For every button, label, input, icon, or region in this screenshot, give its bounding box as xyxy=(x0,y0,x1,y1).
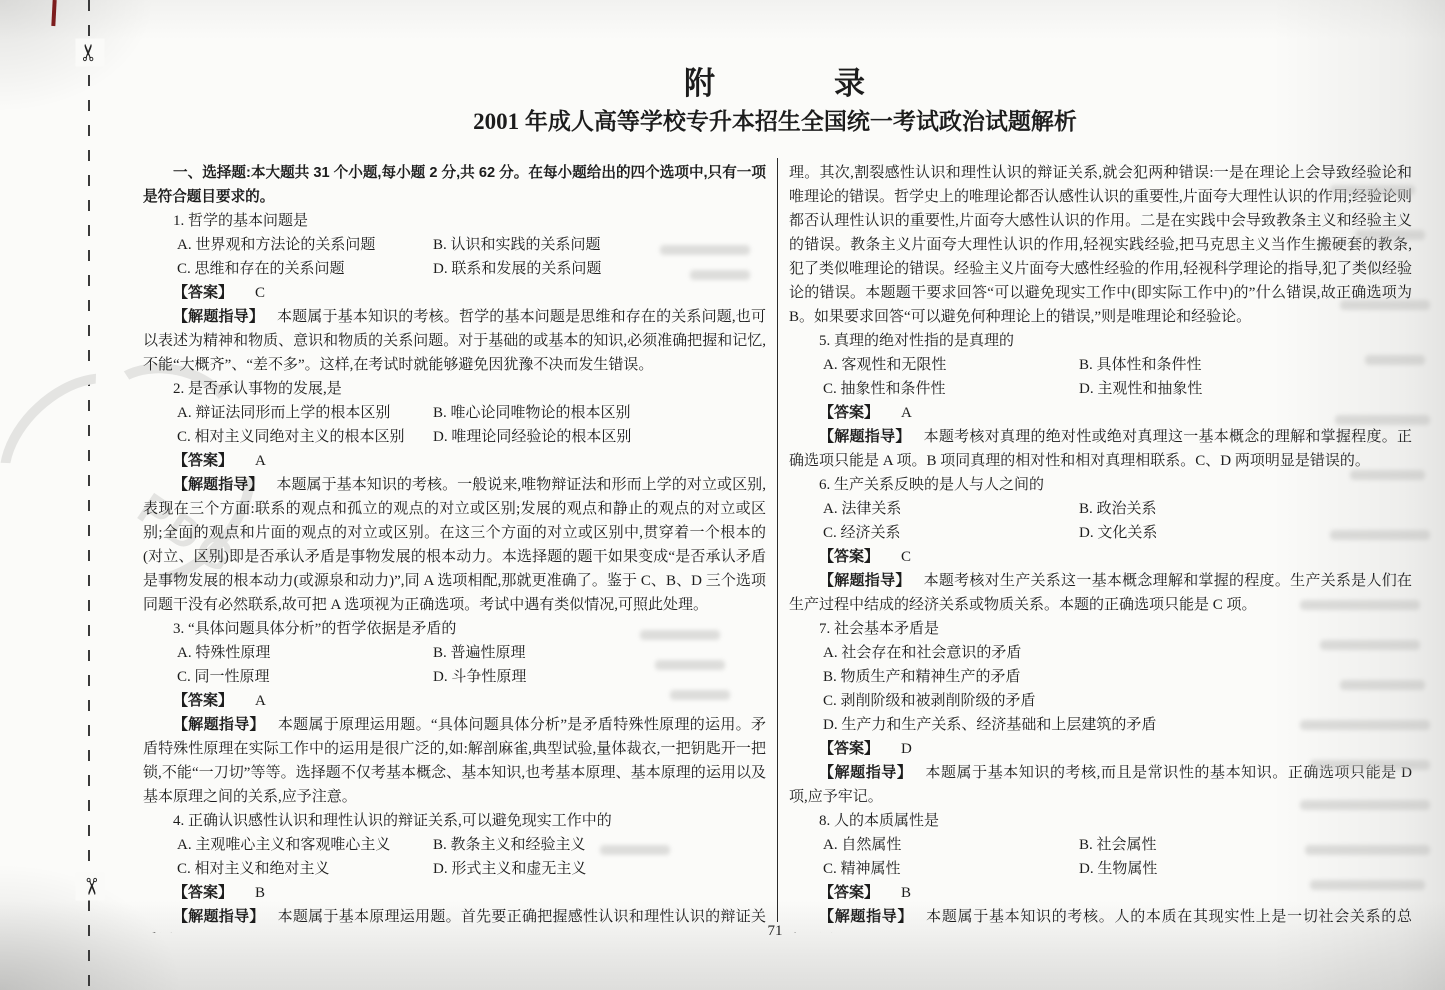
options-row: C. 相对主义和绝对主义D. 形式主义和虚无主义 xyxy=(143,857,766,881)
guide-text: 本题属于基本知识的考核。一般说来,唯物辩证法和形而上学的对立或区别,表现在三个方… xyxy=(143,477,766,613)
option: A. 自然属性 xyxy=(823,833,1079,857)
options-grid: A. 辩证法同形而上学的根本区别B. 唯心论同唯物论的根本区别C. 相对主义同绝… xyxy=(143,401,766,449)
answer-label: 【答案】 xyxy=(173,284,233,301)
bleed-smudge xyxy=(1300,720,1430,730)
explanation-paragraph: 【解题指导】本题属于基本知识的考核。哲学的基本问题是思维和存在的关系问题,也可以… xyxy=(143,305,766,377)
options-row: C. 思维和存在的关系问题D. 联系和发展的关系问题 xyxy=(143,257,766,281)
answer-label: 【答案】 xyxy=(173,692,233,709)
option: C. 精神属性 xyxy=(823,857,1079,881)
option: C. 思维和存在的关系问题 xyxy=(177,257,433,281)
option: C. 相对主义同绝对主义的根本区别 xyxy=(177,425,433,449)
answer-value: B xyxy=(901,885,911,901)
bleed-smudge xyxy=(1340,680,1425,690)
option: A. 辩证法同形而上学的根本区别 xyxy=(177,401,433,425)
bleed-smudge xyxy=(690,270,750,280)
option: A. 世界观和方法论的关系问题 xyxy=(177,233,433,257)
answer-value: A xyxy=(901,405,912,421)
bleed-smudge xyxy=(1340,300,1430,310)
options-row: A. 主观唯心主义和客观唯心主义B. 教条主义和经验主义 xyxy=(143,833,766,857)
option: B. 物质生产和精神生产的矛盾 xyxy=(789,665,1412,689)
option: C. 经济关系 xyxy=(823,521,1079,545)
option: A. 法律关系 xyxy=(823,497,1079,521)
answer-line: 【答案】A xyxy=(789,401,1412,425)
option: C. 同一性原理 xyxy=(177,665,433,689)
explanation-paragraph: 【解题指导】本题考核对真理的绝对性或绝对真理这一基本概念的理解和掌握程度。正确选… xyxy=(789,425,1412,473)
option: A. 社会存在和社会意识的矛盾 xyxy=(789,641,1412,665)
option: D. 形式主义和虚无主义 xyxy=(433,857,766,881)
appendix-title: 附录 xyxy=(140,58,1410,103)
option: A. 特殊性原理 xyxy=(177,641,433,665)
bleed-smudge xyxy=(670,690,730,700)
scissors-icon: ✂ xyxy=(76,39,105,67)
bleed-smudge xyxy=(1310,760,1430,770)
options-grid: A. 主观唯心主义和客观唯心主义B. 教条主义和经验主义C. 相对主义和绝对主义… xyxy=(143,833,766,881)
answer-label: 【答案】 xyxy=(819,740,879,757)
options-row: A. 法律关系B. 政治关系 xyxy=(789,497,1412,521)
exam-title: 2001 年成人高等学校专升本招生全国统一考试政治试题解析 xyxy=(140,103,1410,136)
bleed-smudge xyxy=(1355,230,1425,240)
answer-line: 【答案】D xyxy=(789,737,1412,761)
option: A. 主观唯心主义和客观唯心主义 xyxy=(177,833,433,857)
section-instructions: 一、选择题:本大题共 31 个小题,每小题 2 分,共 62 分。在每小题给出的… xyxy=(143,161,766,209)
options-row: C. 精神属性D. 生物属性 xyxy=(789,857,1412,881)
answer-value: A xyxy=(255,693,266,709)
guide-label: 【解题指导】 xyxy=(819,428,911,445)
bleed-smudge xyxy=(600,845,670,855)
bleed-smudge xyxy=(1300,600,1420,610)
answer-label: 【答案】 xyxy=(819,404,879,421)
answer-value: C xyxy=(255,285,265,301)
scissors-icon: ✂ xyxy=(76,873,105,901)
bleed-smudge xyxy=(1300,800,1430,810)
column-divider-line xyxy=(777,158,778,922)
left-column: 一、选择题:本大题共 31 个小题,每小题 2 分,共 62 分。在每小题给出的… xyxy=(143,161,766,933)
bleed-smudge xyxy=(1365,355,1425,365)
bleed-smudge xyxy=(660,245,750,255)
bleed-smudge xyxy=(1330,185,1415,195)
option: D. 生物属性 xyxy=(1079,857,1412,881)
option: D. 主观性和抽象性 xyxy=(1079,377,1412,401)
answer-label: 【答案】 xyxy=(819,884,879,901)
option: B. 唯心论同唯物论的根本区别 xyxy=(433,401,766,425)
options-row: A. 客观性和无限性B. 具体性和条件性 xyxy=(789,353,1412,377)
guide-label: 【解题指导】 xyxy=(173,716,265,733)
question-stem: 4. 正确认识感性认识和理性认识的辩证关系,可以避免现实工作中的 xyxy=(143,809,766,833)
guide-label: 【解题指导】 xyxy=(819,764,912,781)
appendix-title-char: 录 xyxy=(834,66,866,101)
question-stem: 2. 是否承认事物的发展,是 xyxy=(143,377,766,401)
right-column: 理。其次,割裂感性认识和理性认识的辩证关系,就会犯两种错误:一是在理论上会导致经… xyxy=(789,161,1412,933)
options-row: C. 相对主义同绝对主义的根本区别D. 唯理论同经验论的根本区别 xyxy=(143,425,766,449)
answer-value: B xyxy=(255,885,265,901)
options-row: C. 经济关系D. 文化关系 xyxy=(789,521,1412,545)
question-stem: 6. 生产关系反映的是人与人之间的 xyxy=(789,473,1412,497)
answer-line: 【答案】A xyxy=(143,449,766,473)
continued-paragraph: 理。其次,割裂感性认识和理性认识的辩证关系,就会犯两种错误:一是在理论上会导致经… xyxy=(789,161,1412,329)
guide-label: 【解题指导】 xyxy=(819,572,911,589)
appendix-title-char: 附 xyxy=(684,66,716,101)
question-stem: 8. 人的本质属性是 xyxy=(789,809,1412,833)
options-grid: A. 自然属性B. 社会属性C. 精神属性D. 生物属性 xyxy=(789,833,1412,881)
guide-label: 【解题指导】 xyxy=(173,308,264,325)
answer-value: D xyxy=(901,741,912,757)
option: B. 政治关系 xyxy=(1079,497,1412,521)
answer-value: A xyxy=(255,453,266,469)
answer-line: 【答案】B xyxy=(143,881,766,905)
cut-dashed-line xyxy=(88,0,90,990)
bleed-smudge xyxy=(1350,470,1425,480)
question-stem: 7. 社会基本矛盾是 xyxy=(789,617,1412,641)
answer-label: 【答案】 xyxy=(173,884,233,901)
option: A. 客观性和无限性 xyxy=(823,353,1079,377)
option: D. 唯理论同经验论的根本区别 xyxy=(433,425,766,449)
option: B. 具体性和条件性 xyxy=(1079,353,1412,377)
bleed-smudge xyxy=(1335,415,1430,425)
answer-line: 【答案】C xyxy=(143,281,766,305)
answer-label: 【答案】 xyxy=(173,452,233,469)
bleed-smudge xyxy=(1305,845,1430,855)
question-stem: 1. 哲学的基本问题是 xyxy=(143,209,766,233)
explanation-paragraph: 【解题指导】本题属于基本知识的考核。一般说来,唯物辩证法和形而上学的对立或区别,… xyxy=(143,473,766,617)
options-grid: A. 客观性和无限性B. 具体性和条件性C. 抽象性和条件性D. 主观性和抽象性 xyxy=(789,353,1412,401)
bleed-smudge xyxy=(1330,530,1430,540)
question-stem: 5. 真理的绝对性指的是真理的 xyxy=(789,329,1412,353)
bleed-smudge xyxy=(640,630,720,640)
bleed-smudge xyxy=(655,660,725,670)
guide-label: 【解题指导】 xyxy=(173,476,263,493)
options-grid: A. 法律关系B. 政治关系C. 经济关系D. 文化关系 xyxy=(789,497,1412,545)
bleed-smudge xyxy=(1310,880,1425,890)
option: B. 教条主义和经验主义 xyxy=(433,833,766,857)
option: C. 剥削阶级和被剥削阶级的矛盾 xyxy=(789,689,1412,713)
answer-label: 【答案】 xyxy=(819,548,879,565)
explanation-paragraph: 【解题指导】本题属于原理运用题。“具体问题具体分析”是矛盾特殊性原理的运用。矛盾… xyxy=(143,713,766,809)
page-number: 71 xyxy=(140,923,1410,940)
options-row: C. 抽象性和条件性D. 主观性和抽象性 xyxy=(789,377,1412,401)
options-grid: A. 世界观和方法论的关系问题B. 认识和实践的关系问题C. 思维和存在的关系问… xyxy=(143,233,766,281)
bleed-smudge xyxy=(1320,640,1420,650)
option: C. 抽象性和条件性 xyxy=(823,377,1079,401)
option: C. 相对主义和绝对主义 xyxy=(177,857,433,881)
options-row: A. 辩证法同形而上学的根本区别B. 唯心论同唯物论的根本区别 xyxy=(143,401,766,425)
answer-line: 【答案】C xyxy=(789,545,1412,569)
answer-value: C xyxy=(901,549,911,565)
